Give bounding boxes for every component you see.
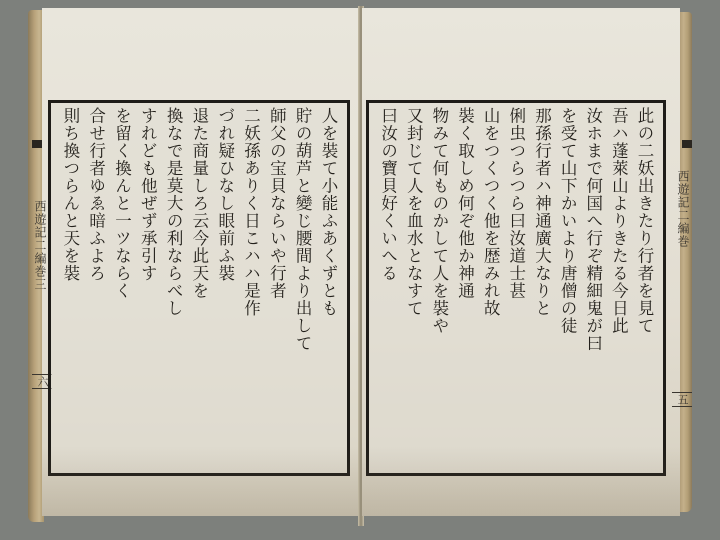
text-frame-left: 人を裝て小能ふあくずとも貯の葫芦と變じ腰間より出して師父の宝貝ならいや行者二妖孫… xyxy=(48,100,350,476)
text-column: づれ疑ひなし眼前ふ裝 xyxy=(212,107,238,469)
fishtail-mark-icon xyxy=(682,140,692,148)
text-column: 裝く取しめ何ぞ他か神通 xyxy=(452,107,478,469)
text-column: 則ち換つらんと天を裝 xyxy=(57,107,83,469)
text-column: 那孫行者ハ神通廣大なりと xyxy=(529,107,555,469)
text-column: を受て山下かいより唐僧の徒 xyxy=(554,107,580,469)
text-column: すれども他ぜず承引す xyxy=(134,107,160,469)
text-column: 人を裝て小能ふあくずとも xyxy=(315,107,341,469)
text-column: 貯の葫芦と變じ腰間より出して xyxy=(289,107,315,469)
text-column: を留く換んと一ツならく xyxy=(109,107,135,469)
open-book: 西遊記二編巻三 六 人を裝て小能ふあくずとも貯の葫芦と變じ腰間より出して師父の宝… xyxy=(28,6,692,526)
text-columns-left: 人を裝て小能ふあくずとも貯の葫芦と變じ腰間より出して師父の宝貝ならいや行者二妖孫… xyxy=(57,107,341,469)
left-page: 西遊記二編巻三 六 人を裝て小能ふあくずとも貯の葫芦と變じ腰間より出して師父の宝… xyxy=(42,8,360,516)
text-column: 師父の宝貝ならいや行者 xyxy=(264,107,290,469)
text-column: 物みて何ものかして人を裝や xyxy=(426,107,452,469)
text-column: 汝ホまで何国へ行ぞ精細鬼が曰 xyxy=(580,107,606,469)
text-column: 俐虫つらつら曰汝道士甚 xyxy=(503,107,529,469)
right-margin-title: 西遊記二編巻 xyxy=(675,170,692,248)
text-column: 二妖孫ありく日こハハ是作 xyxy=(238,107,264,469)
text-column: 退た商量しろ云今此天を xyxy=(186,107,212,469)
text-column: 曰汝の寶貝好くいへる xyxy=(375,107,401,469)
text-column: 此の二妖出きたり行者を見て xyxy=(631,107,657,469)
text-columns-right: 此の二妖出きたり行者を見て吾ハ蓬萊山よりきたる今日此汝ホまで何国へ行ぞ精細鬼が曰… xyxy=(375,107,657,469)
right-page-number: 五 xyxy=(672,392,692,407)
text-column: 吾ハ蓬萊山よりきたる今日此 xyxy=(606,107,632,469)
right-page: 西遊記二編巻 五 此の二妖出きたり行者を見て吾ハ蓬萊山よりきたる今日此汝ホまで何… xyxy=(362,8,680,516)
text-column: 換なで是莫大の利ならべし xyxy=(160,107,186,469)
page-edge-right xyxy=(678,12,692,512)
text-column: 又封じて人を血水となすて xyxy=(401,107,427,469)
left-margin-title: 西遊記二編巻三 xyxy=(32,200,49,291)
text-frame-right: 此の二妖出きたり行者を見て吾ハ蓬萊山よりきたる今日此汝ホまで何国へ行ぞ精細鬼が曰… xyxy=(366,100,666,476)
text-column: 山をつくつく他を歴みれ故 xyxy=(478,107,504,469)
fishtail-mark-icon xyxy=(32,140,42,148)
text-column: 合せ行者ゆゑ暗ふよろ xyxy=(83,107,109,469)
